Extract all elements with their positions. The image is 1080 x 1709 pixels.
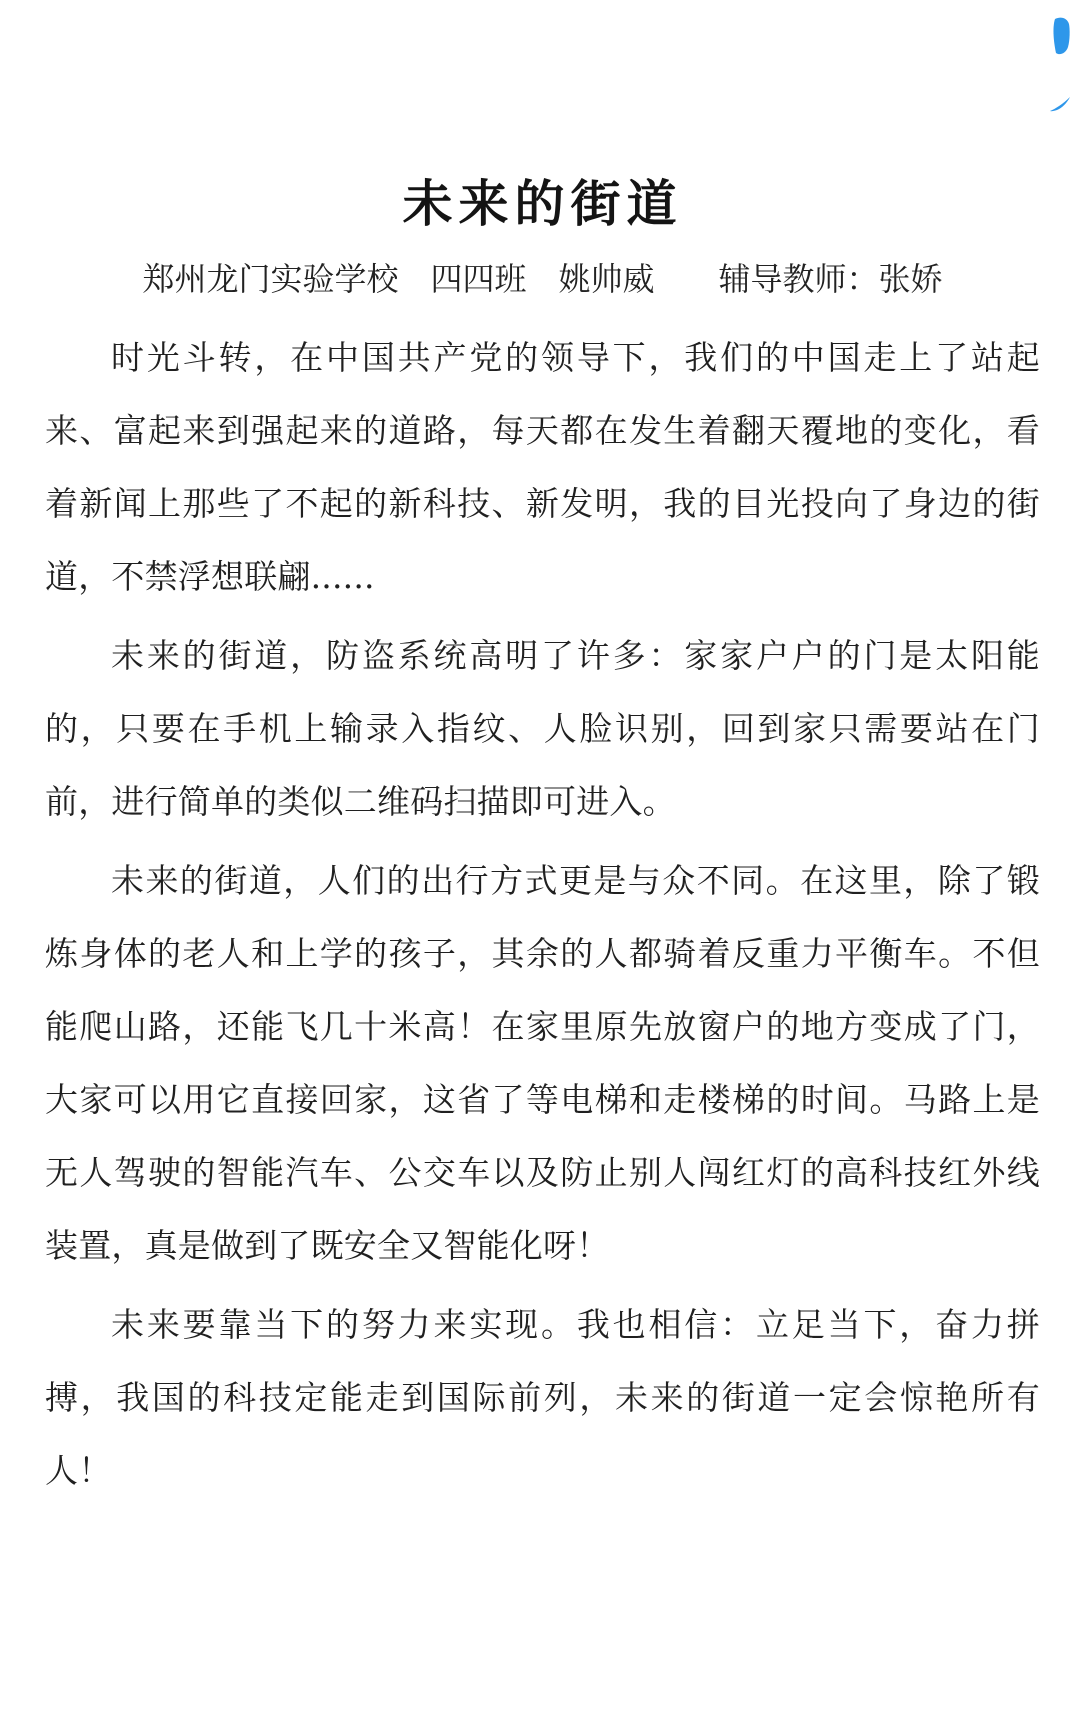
blue-ink-mark-top-icon (1048, 16, 1072, 56)
paragraph-2: 未来的街道，防盗系统高明了许多：家家户户的门是太阳能的，只要在手机上输录入指纹、… (45, 619, 1040, 838)
blue-ink-mark-small-icon (1049, 97, 1071, 112)
paragraph-3: 未来的街道，人们的出行方式更是与众不同。在这里，除了锻炼身体的老人和上学的孩子，… (45, 844, 1040, 1282)
essay-body: 时光斗转，在中国共产党的领导下，我们的中国走上了站起来、富起来到强起来的道路，每… (45, 321, 1040, 1513)
paragraph-4: 未来要靠当下的努力来实现。我也相信：立足当下，奋力拼搏，我国的科技定能走到国际前… (45, 1288, 1040, 1507)
document-page: 未来的街道 郑州龙门实验学校 四四班 姚帅威 辅导教师：张娇 时光斗转，在中国共… (0, 0, 1080, 1709)
paragraph-1: 时光斗转，在中国共产党的领导下，我们的中国走上了站起来、富起来到强起来的道路，每… (45, 321, 1040, 613)
byline: 郑州龙门实验学校 四四班 姚帅威 辅导教师：张娇 (45, 254, 1040, 304)
page-title: 未来的街道 (45, 172, 1040, 236)
